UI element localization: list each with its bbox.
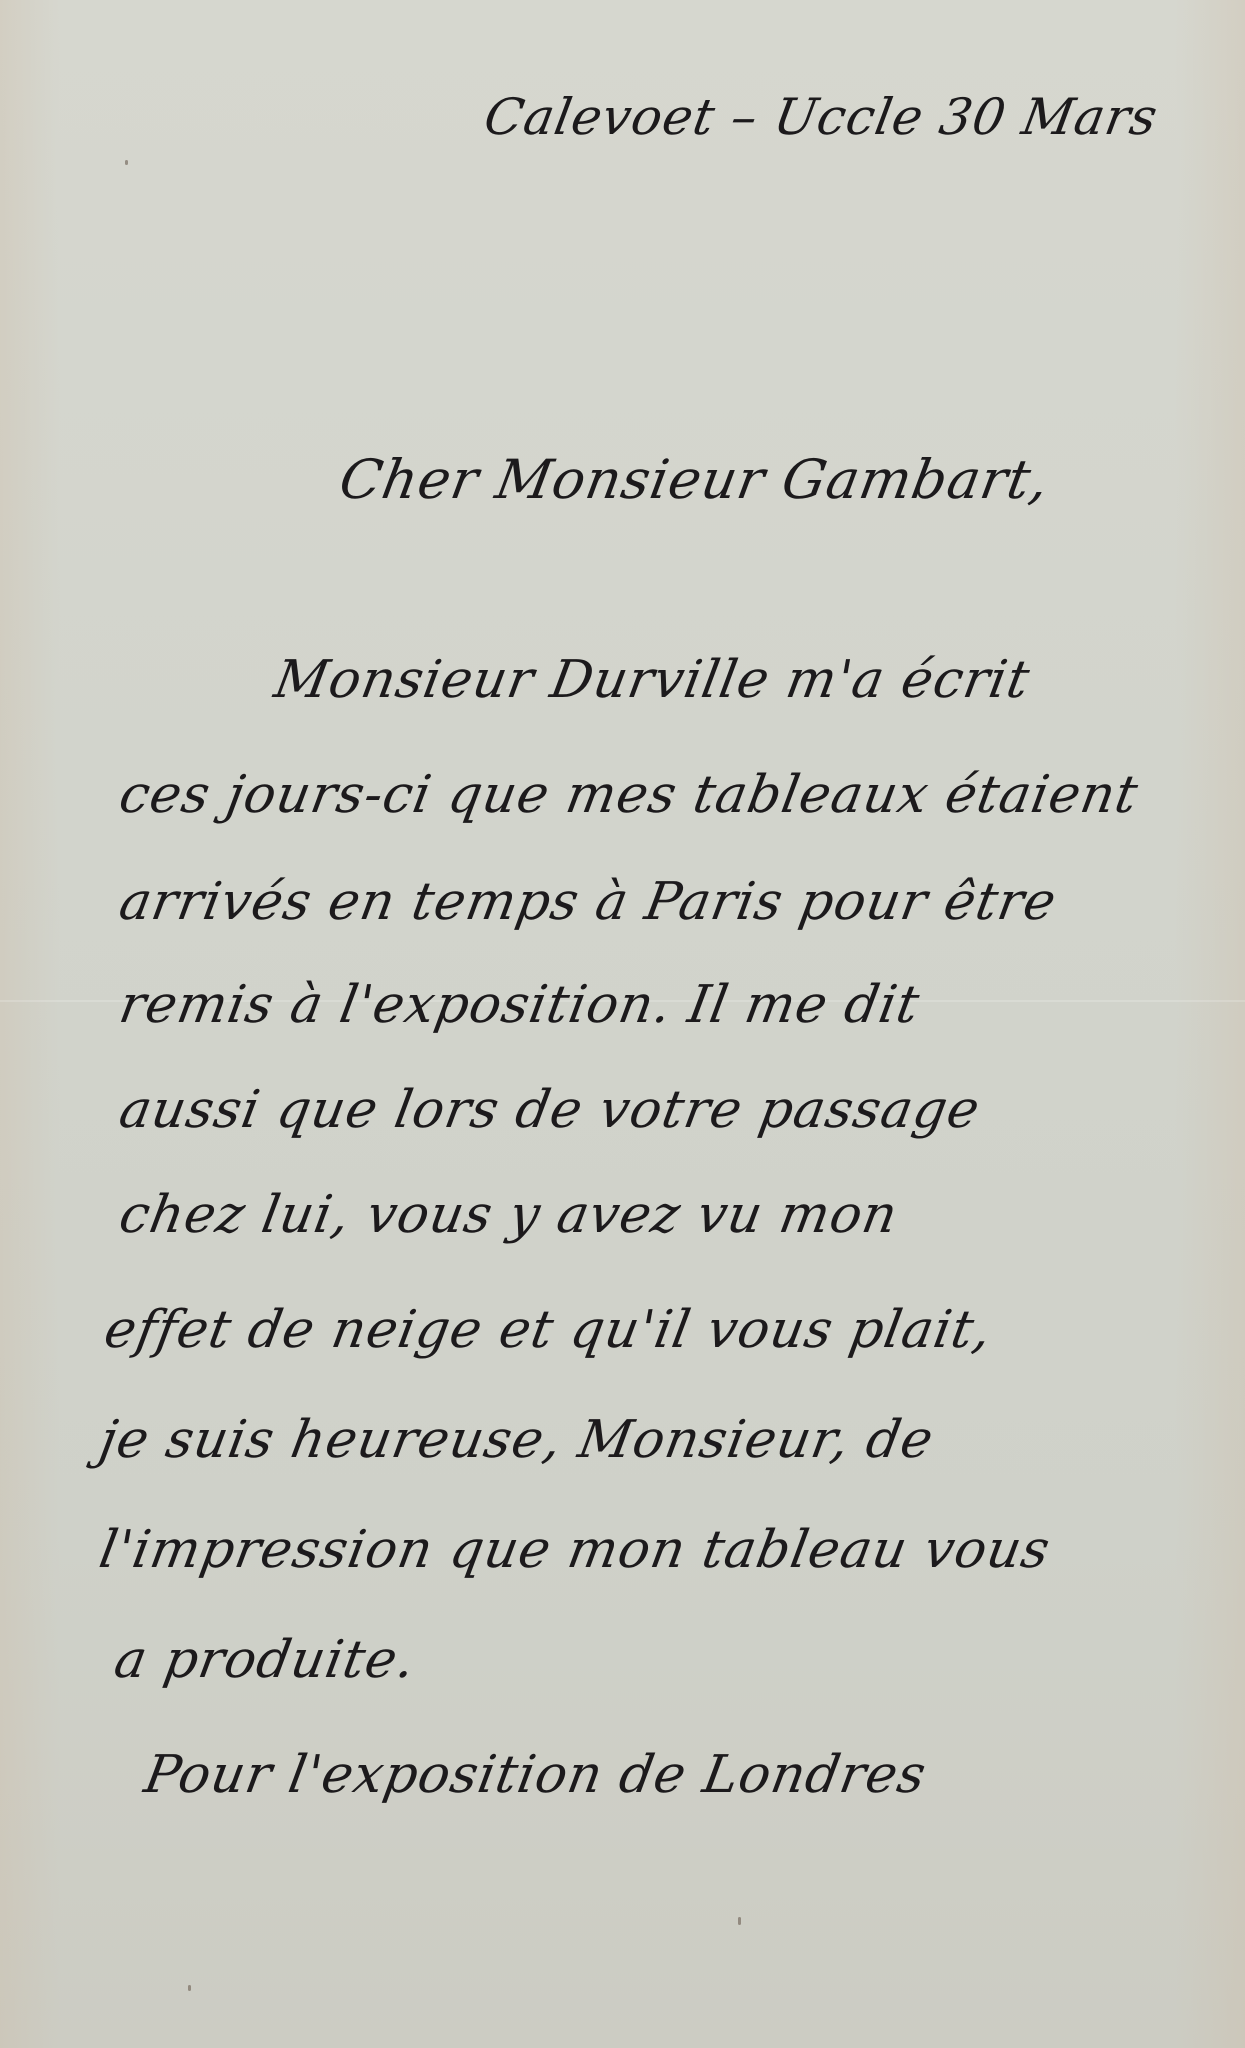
paper-speck: [738, 1917, 741, 1925]
letter-line: a produite.: [110, 1630, 420, 1690]
letter-line: Monsieur Durville m'a écrit: [270, 650, 1035, 710]
letter-line: effet de neige et qu'il vous plait,: [100, 1300, 997, 1360]
letter-line: aussi que lors de votre passage: [115, 1080, 985, 1140]
letter-line: Pour l'exposition de Londres: [140, 1745, 931, 1805]
paper-speck: [188, 1985, 191, 1991]
letter-line: l'impression que mon tableau vous: [95, 1520, 1055, 1580]
letter-salutation: Cher Monsieur Gambart,: [335, 448, 1054, 511]
letter-line: chez lui, vous y avez vu mon: [115, 1185, 903, 1245]
letter-line: arrivés en temps à Paris pour être: [115, 872, 1061, 932]
paper-speck: [125, 160, 128, 165]
letter-line: ces jours-ci que mes tableaux étaient: [115, 765, 1143, 825]
letter-line: remis à l'exposition. Il me dit: [115, 975, 924, 1035]
letter-line: je suis heureuse, Monsieur, de: [95, 1410, 938, 1470]
letter-dateline: Calevoet – Uccle 30 Mars: [480, 88, 1162, 146]
